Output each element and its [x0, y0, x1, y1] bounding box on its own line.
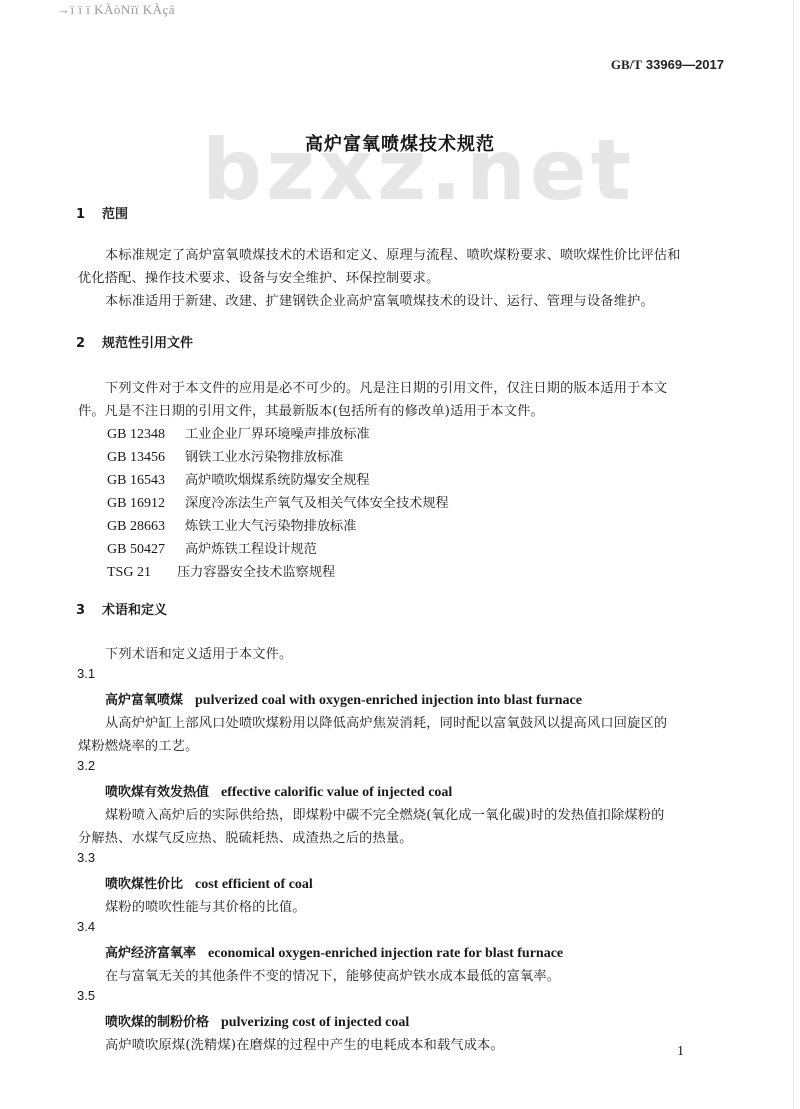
scope-paragraph-line-3: 本标准适用于新建、改建、扩建钢铁企业高炉富氧喷煤技术的设计、运行、管理与设备维护…: [105, 290, 654, 309]
document-title: 高炉富氧喷煤技术规范: [0, 130, 800, 156]
term-english: cost efficient of coal: [195, 877, 313, 892]
term-heading: 高炉富氧喷煤pulverized coal with oxygen-enrich…: [105, 689, 582, 709]
term-number: 3.3: [77, 850, 95, 865]
scope-paragraph-line-1: 本标准规定了高炉富氧喷煤技术的术语和定义、原理与流程、喷吹煤粉要求、喷吹煤性价比…: [105, 244, 681, 263]
term-number: 3.1: [77, 666, 95, 681]
term-number: 3.5: [77, 988, 95, 1003]
reference-code: GB 12348: [107, 427, 185, 443]
term-english: pulverized coal with oxygen-enriched inj…: [195, 693, 582, 708]
reference-item: GB 16912深度冷冻法生产氧气及相关气体安全技术规程: [107, 492, 449, 512]
term-english: pulverizing cost of injected coal: [221, 1015, 409, 1030]
term-english: effective calorific value of injected co…: [221, 785, 452, 800]
term-heading: 高炉经济富氧率economical oxygen-enriched inject…: [105, 942, 563, 962]
garbled-header-text: →ï ï ï KÀòNïï KÀçâ: [57, 2, 175, 18]
reference-code: GB 50427: [107, 542, 185, 558]
term-heading: 喷吹煤性价比cost efficient of coal: [105, 873, 313, 893]
section-title: 范围: [102, 207, 128, 222]
page-edge-line: [793, 0, 794, 1109]
term-chinese: 喷吹煤性价比: [105, 877, 183, 892]
term-definition-line: 高炉喷吹原煤(洗精煤)在磨煤的过程中产生的电耗成本和载气成本。: [105, 1034, 504, 1053]
references-intro-line-2: 件。凡是不注日期的引用文件，其最新版本(包括所有的修改单)适用于本文件。: [78, 400, 544, 419]
term-heading: 喷吹煤的制粉价格pulverizing cost of injected coa…: [105, 1011, 409, 1031]
term-definition-line: 从高炉炉缸上部风口处喷吹煤粉用以降低高炉焦炭消耗，同时配以富氧鼓风以提高风口回旋…: [105, 712, 667, 731]
reference-title: 钢铁工业水污染物排放标准: [185, 450, 343, 465]
term-definition-line: 煤粉燃烧率的工艺。: [78, 735, 199, 754]
references-intro-line-1: 下列文件对于本文件的应用是必不可少的。凡是注日期的引用文件，仅注日期的版本适用于…: [105, 377, 667, 396]
reference-code: GB 28663: [107, 519, 185, 535]
reference-title: 压力容器安全技术监察规程: [177, 565, 335, 580]
section-heading-scope: 1范围: [76, 203, 128, 222]
term-definition-line: 煤粉喷入高炉后的实际供给热，即煤粉中碳不完全燃烧(氧化成一氧化碳)时的发热值扣除…: [105, 804, 665, 823]
section-title: 术语和定义: [102, 603, 167, 618]
reference-code: TSG 21: [107, 565, 177, 581]
reference-title: 高炉喷吹烟煤系统防爆安全规程: [185, 473, 370, 488]
term-english: economical oxygen-enriched injection rat…: [208, 946, 563, 961]
term-definition-line: 在与富氧无关的其他条件不变的情况下，能够使高炉铁水成本最低的富氧率。: [105, 965, 560, 984]
term-heading: 喷吹煤有效发热值effective calorific value of inj…: [105, 781, 452, 801]
reference-item: GB 13456钢铁工业水污染物排放标准: [107, 446, 343, 466]
standard-code: 33969—2017: [646, 57, 724, 72]
term-definition-line: 煤粉的喷吹性能与其价格的比值。: [105, 896, 306, 915]
section-title: 规范性引用文件: [102, 336, 193, 351]
term-number: 3.4: [77, 919, 95, 934]
section-heading-terms: 3术语和定义: [76, 599, 167, 618]
terms-intro: 下列术语和定义适用于本文件。: [105, 643, 292, 662]
reference-item: GB 16543高炉喷吹烟煤系统防爆安全规程: [107, 469, 370, 489]
reference-item: GB 50427高炉炼铁工程设计规范: [107, 538, 317, 558]
section-number: 3: [76, 603, 102, 618]
page-number: 1: [677, 1044, 684, 1060]
reference-code: GB 16543: [107, 473, 185, 489]
reference-title: 炼铁工业大气污染物排放标准: [185, 519, 356, 534]
reference-code: GB 16912: [107, 496, 185, 512]
section-number: 2: [76, 336, 102, 351]
reference-code: GB 13456: [107, 450, 185, 466]
scope-paragraph-line-2: 优化搭配、操作技术要求、设备与安全维护、环保控制要求。: [78, 267, 439, 286]
section-number: 1: [76, 207, 102, 222]
section-heading-normative-references: 2规范性引用文件: [76, 332, 193, 351]
reference-title: 高炉炼铁工程设计规范: [185, 542, 317, 557]
term-chinese: 高炉富氧喷煤: [105, 693, 183, 708]
standard-prefix: GB/T: [611, 57, 642, 72]
term-chinese: 喷吹煤的制粉价格: [105, 1015, 209, 1030]
reference-item: GB 28663炼铁工业大气污染物排放标准: [107, 515, 356, 535]
reference-item: GB 12348工业企业厂界环境噪声排放标准: [107, 423, 370, 443]
reference-title: 深度冷冻法生产氧气及相关气体安全技术规程: [185, 496, 449, 511]
term-chinese: 喷吹煤有效发热值: [105, 785, 209, 800]
term-number: 3.2: [77, 758, 95, 773]
standard-number: GB/T33969—2017: [611, 57, 724, 73]
reference-title: 工业企业厂界环境噪声排放标准: [185, 427, 370, 442]
reference-item: TSG 21压力容器安全技术监察规程: [107, 561, 335, 581]
term-chinese: 高炉经济富氧率: [105, 946, 196, 961]
term-definition-line: 分解热、水煤气反应热、脱硫耗热、成渣热之后的热量。: [78, 827, 413, 846]
